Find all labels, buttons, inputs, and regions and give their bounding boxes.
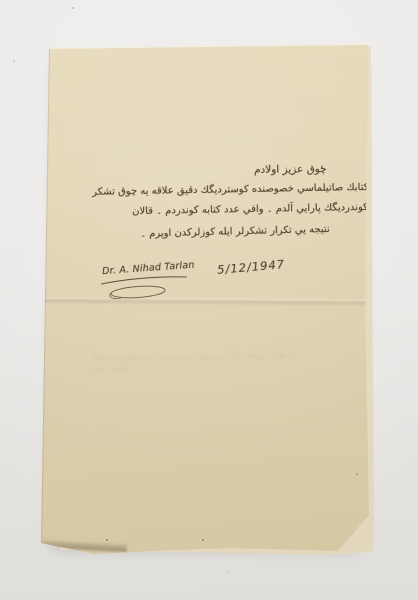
paper-pinhole <box>202 539 204 541</box>
background-speck <box>13 60 15 62</box>
ink-show-through: كتابك صاتيلماسي خصوصنده كوستردیگك دقيق ع… <box>92 350 302 374</box>
background-speck <box>72 7 74 9</box>
background-speck <box>227 571 229 573</box>
line-end-mark: ، <box>320 158 324 171</box>
paper-pinhole <box>106 539 108 541</box>
signature-flourish-icon <box>99 272 191 302</box>
paper-pinhole <box>356 473 358 475</box>
letter-paper: كتابك صاتيلماسي خصوصنده كوستردیگك دقيق ع… <box>0 0 418 600</box>
handwriting-line-1: چوق عزيز اولادم <box>254 163 327 177</box>
photo-stage: كتابك صاتيلماسي خصوصنده كوستردیگك دقيق ع… <box>0 0 418 600</box>
